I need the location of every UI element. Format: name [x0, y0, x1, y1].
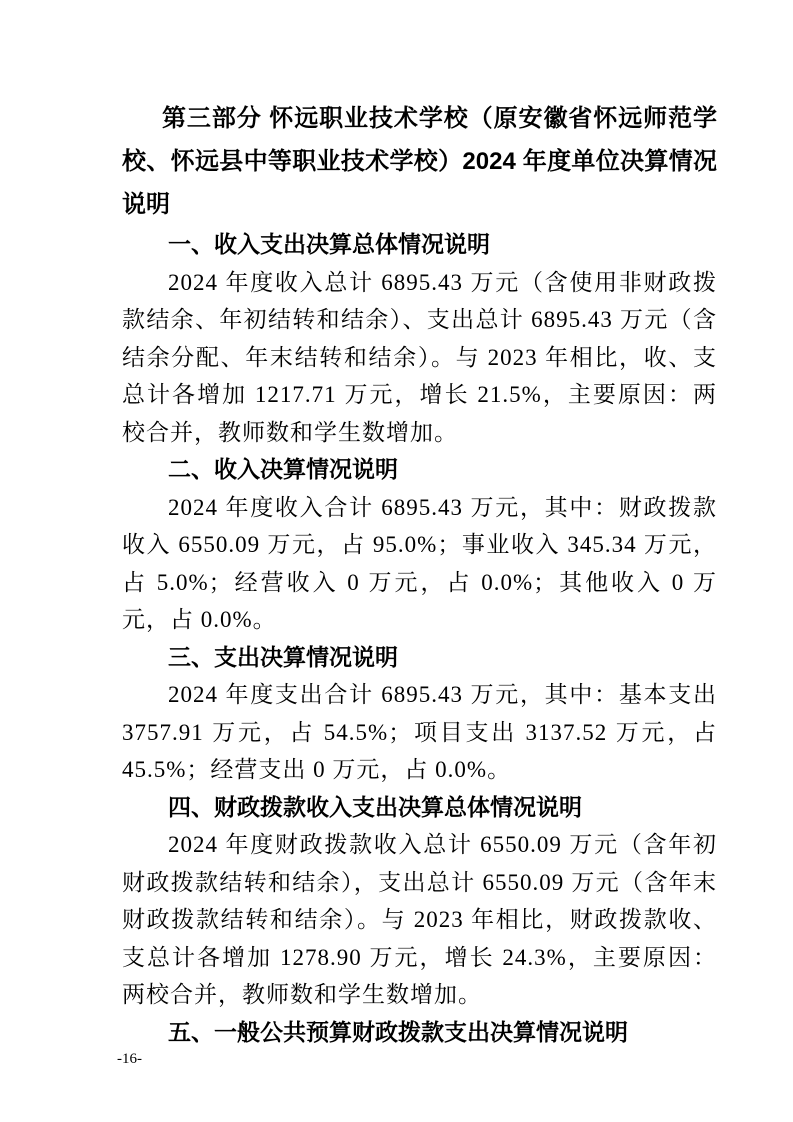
section-heading-2: 二、收入决算情况说明	[122, 451, 717, 489]
document-page: 第三部分 怀远职业技术学校（原安徽省怀远师范学校、怀远县中等职业技术学校）202…	[0, 0, 793, 1122]
section-3-paragraph: 2024 年度支出合计 6895.43 万元，其中：基本支出 3757.91 万…	[122, 676, 717, 789]
page-title: 第三部分 怀远职业技术学校（原安徽省怀远师范学校、怀远县中等职业技术学校）202…	[122, 97, 717, 226]
section-heading-3: 三、支出决算情况说明	[122, 639, 717, 677]
section-heading-5: 五、一般公共预算财政拨款支出决算情况说明	[122, 1014, 717, 1052]
section-1-paragraph: 2024 年度收入总计 6895.43 万元（含使用非财政拨款结余、年初结转和结…	[122, 264, 717, 452]
section-heading-4: 四、财政拨款收入支出决算总体情况说明	[122, 789, 717, 827]
section-2-paragraph: 2024 年度收入合计 6895.43 万元，其中：财政拨款收入 6550.09…	[122, 489, 717, 639]
section-4-paragraph: 2024 年度财政拨款收入总计 6550.09 万元（含年初财政拨款结转和结余）…	[122, 826, 717, 1014]
page-number: -16-	[117, 1050, 142, 1068]
section-heading-1: 一、收入支出决算总体情况说明	[122, 226, 717, 264]
page-content: 第三部分 怀远职业技术学校（原安徽省怀远师范学校、怀远县中等职业技术学校）202…	[122, 97, 717, 1051]
